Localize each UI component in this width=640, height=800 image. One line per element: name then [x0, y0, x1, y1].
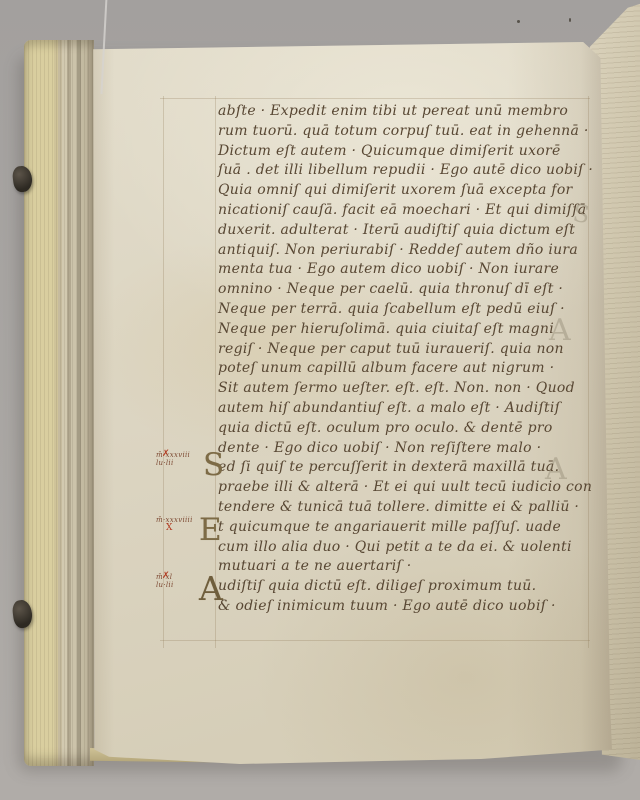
manuscript-line: tendere & tunicā tuā tollere. dimitte ei…: [218, 498, 598, 518]
show-through-letter: A: [549, 316, 571, 346]
marginal-section-number-2: m̄·xxxviiii X: [156, 516, 208, 533]
manuscript-text-block: abſte · Expedit enim tibi ut pereat unū …: [218, 102, 598, 617]
manuscript-line: Sit autem ſermo ueſter. eſt. eſt. Non. n…: [218, 379, 598, 399]
rubric-cross-mark: ✗: [162, 572, 170, 580]
dust-speck: [569, 18, 571, 22]
photo-backdrop: abſte · Expedit enim tibi ut pereat unū …: [0, 0, 640, 800]
marginal-section-number-3: ✗m̄·xl lu·lii: [156, 573, 208, 589]
marginal-number-bottom: lu·lii: [156, 581, 208, 589]
manuscript-line: cum illo alia duo · Qui petit a te da ei…: [218, 538, 598, 558]
manuscript-line: Neque per hieruſolimā. quia ciuitaſ eſt …: [218, 320, 598, 340]
manuscript-line: abſte · Expedit enim tibi ut pereat unū …: [218, 102, 598, 122]
manuscript-line: Neque per terrā. quia ſcabellum eſt pedū…: [218, 300, 598, 320]
manuscript-line: menta tua · Ego autem dico uobiſ · Non i…: [218, 260, 598, 280]
show-through-letter: A: [545, 455, 567, 485]
manuscript-line: omnino · Neque per caelū. quia thronuſ d…: [218, 280, 598, 300]
manuscript-line: Quia omniſ qui dimiſerit uxorem ſuā exce…: [218, 181, 598, 201]
manuscript-line: mutuari a te ne auertariſ ·: [218, 557, 598, 577]
ruling-line-horizontal-bottom: [160, 640, 590, 641]
manuscript-line: rum tuorū. quā totum corpuſ tuū. eat in …: [218, 122, 598, 142]
manuscript-line: regiſ · Neque per caput tuū iuraueriſ. q…: [218, 340, 598, 360]
dust-speck: [517, 20, 520, 23]
marginal-section-number-1: ✗m̄·xxxviii lu·lii: [156, 451, 208, 467]
ruling-line-vertical-outer: [163, 96, 164, 648]
manuscript-line: ſuā . det illi libellum repudii · Ego au…: [218, 161, 598, 181]
manuscript-line: antiquiſ. Non periurabiſ · Reddeſ autem …: [218, 241, 598, 261]
manuscript-line: t quicumque te angariauerit mille paſſuſ…: [218, 518, 598, 538]
ruling-line-vertical-text-left: [215, 96, 216, 648]
manuscript-line: praebe illi & alterā · Et ei qui uult te…: [218, 478, 598, 498]
marginal-canon-x: X: [156, 524, 208, 533]
marginal-number-bottom: lu·lii: [156, 459, 208, 467]
manuscript-line: quia dictū eſt. oculum pro oculo. & dent…: [218, 419, 598, 439]
manuscript-line: duxerit. adulterat · Iterū audiſtiſ quia…: [218, 221, 598, 241]
manuscript-line: poteſ unum capillū album facere aut nigr…: [218, 359, 598, 379]
rubric-cross-mark: ✗: [162, 450, 170, 458]
manuscript-line: autem hiſ abundantiuſ eſt. a malo eſt · …: [218, 399, 598, 419]
manuscript-line: dente · Ego dico uobiſ · Non reſiſtere m…: [218, 439, 598, 459]
manuscript-line: Dictum eſt autem · Quicumque dimiſerit u…: [218, 142, 598, 162]
manuscript-line: udiſtiſ quia dictū eſt. diligeſ proximum…: [218, 577, 598, 597]
manuscript-line: ed ſi quiſ te percuſſerit in dexterā max…: [218, 458, 598, 478]
manuscript-line: nicationiſ cauſā. facit eā moechari · Et…: [218, 201, 598, 221]
marginal-number-top: m̄·xxxviiii: [156, 516, 193, 524]
left-leaf-edge-stack: [24, 40, 94, 766]
ruling-line-horizontal-top: [160, 98, 590, 99]
manuscript-line: & odieſ inimicum tuum · Ego autē dico uo…: [218, 597, 598, 617]
